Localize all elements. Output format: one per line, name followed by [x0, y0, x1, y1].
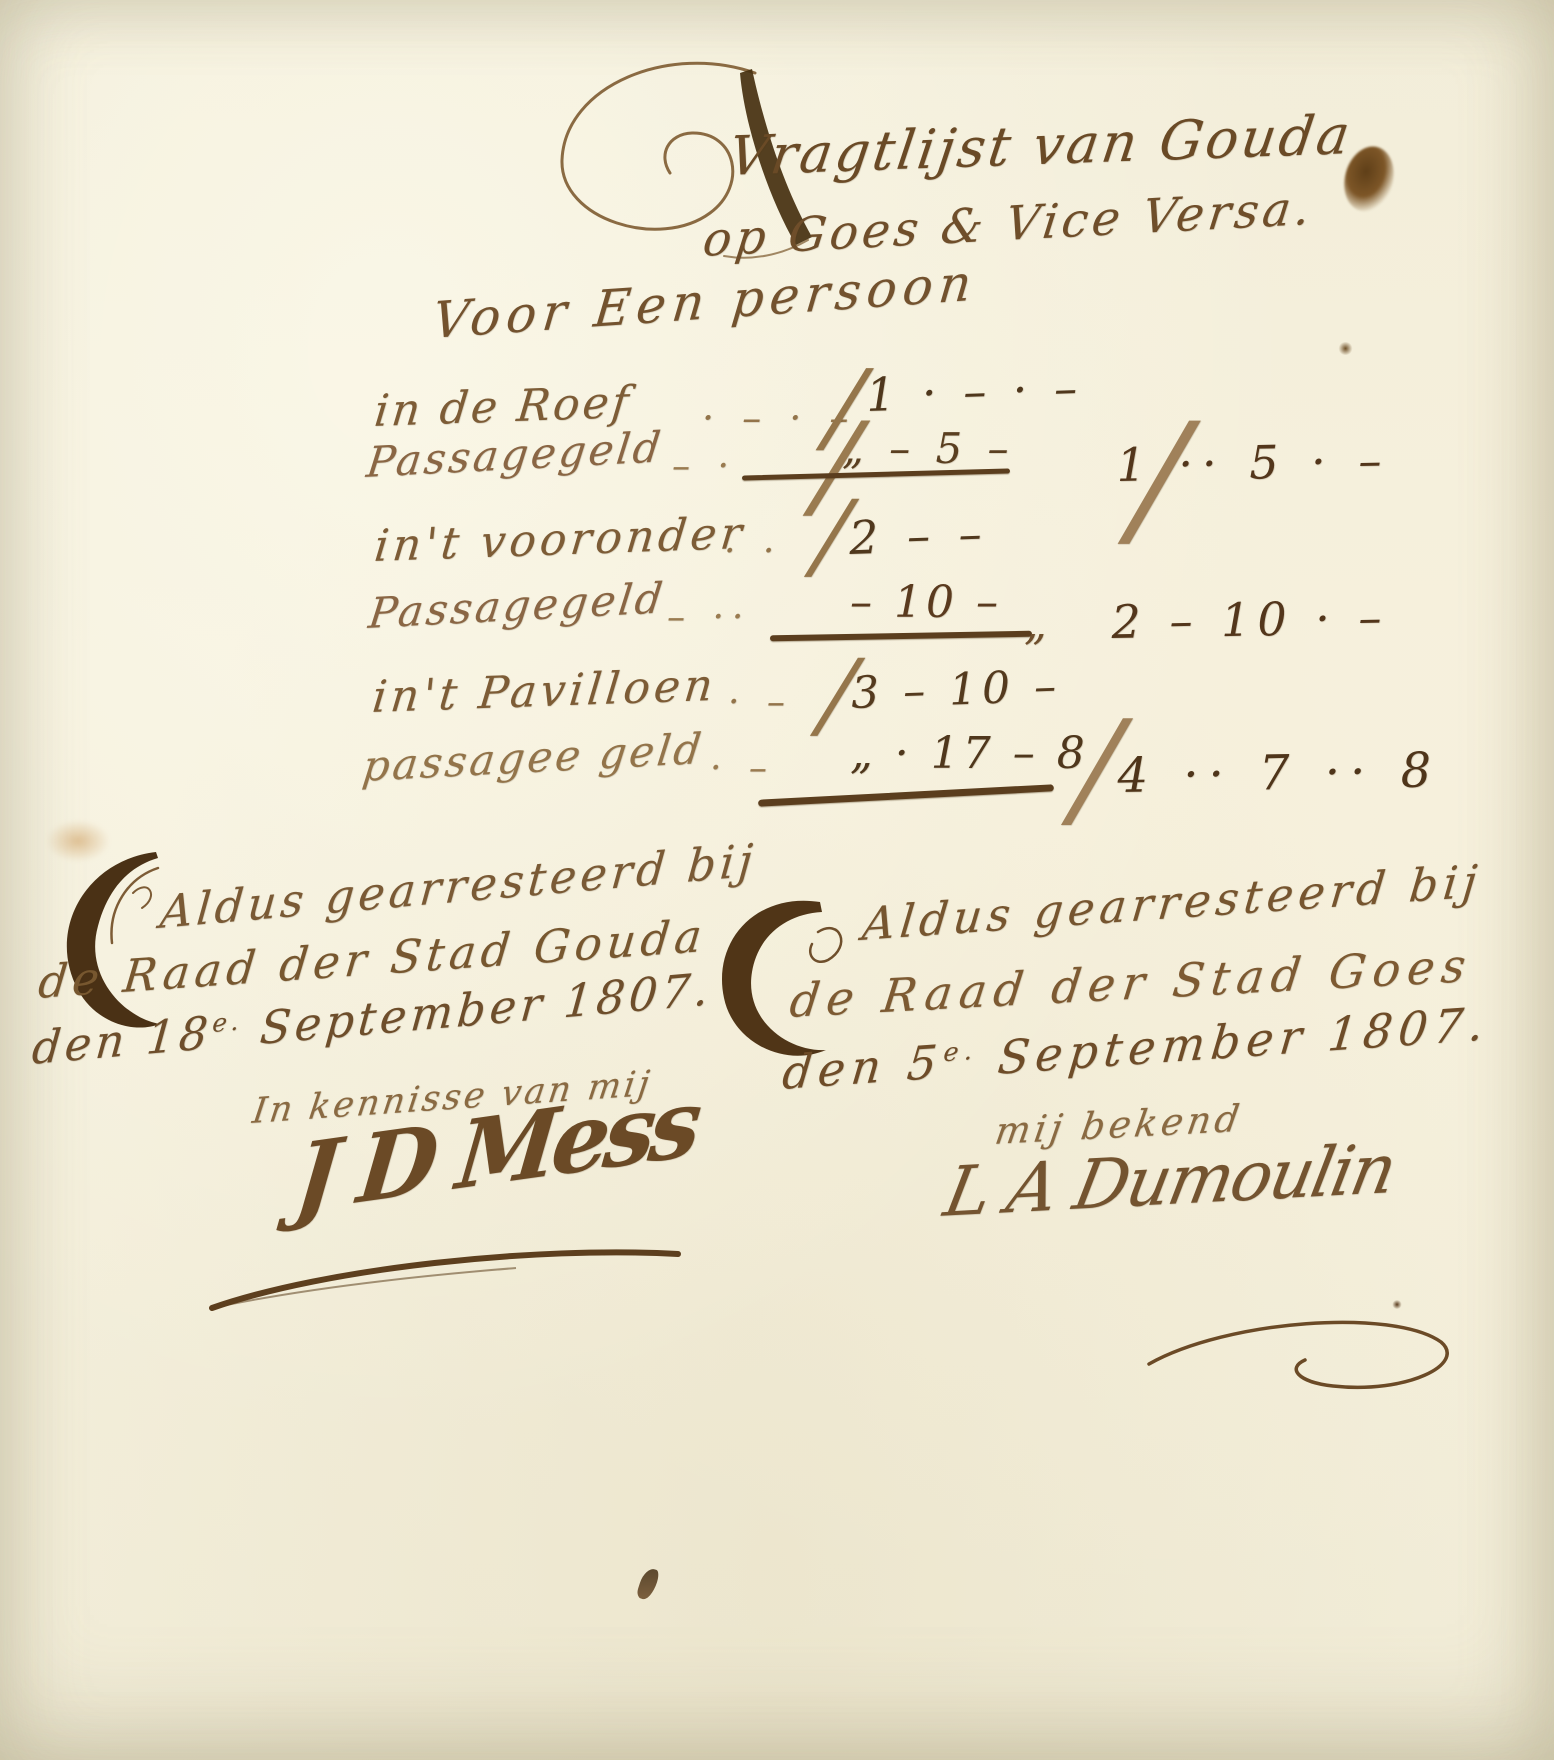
fare-amount: 2 – – [848, 506, 989, 565]
attestation-gouda: Aldus gearresteerd bij de Raad der Stad … [28, 838, 718, 1338]
date-superscript: e. [942, 1036, 980, 1068]
fare-total: 4 ·· 7 ·· 8 [1117, 742, 1442, 804]
attestation-line1: Aldus gearresteerd bij [860, 854, 1484, 951]
fare-sub-amount: – 10 – [850, 577, 1002, 628]
fare-row-vooronder: in't vooronder · · / 2 – – Passagegeld –… [372, 505, 1352, 660]
fare-dashes: · · [724, 531, 782, 572]
date-prefix: den 5 [780, 1034, 946, 1100]
fare-amount: 3 – 10 – [850, 661, 1062, 719]
fare-sub-dashes: · – [710, 748, 775, 789]
fare-sub-amount: „ · 17 – 8 [850, 728, 1089, 779]
fare-label: in't vooronder [372, 508, 748, 572]
signature-swoosh [206, 1240, 686, 1315]
attestation-goes: Aldus gearresteerd bij de Raad der Stad … [692, 862, 1512, 1502]
title-block: Vragtlijst van Gouda op Goes & Vice Vers… [540, 55, 1420, 305]
manuscript-page: Vragtlijst van Gouda op Goes & Vice Vers… [0, 0, 1554, 1760]
sum-line [770, 631, 1032, 642]
fare-dashes: · – [728, 682, 793, 723]
ditto-comma: „ [1024, 599, 1047, 650]
ink-mark [635, 1566, 660, 1601]
fare-sub-dashes: – ·· [667, 597, 751, 638]
fare-sub-amount: „ – 5 – [842, 424, 1015, 473]
fare-row-pavilloen: in't Pavilloen · – / 3 – 10 – passagee g… [370, 650, 1360, 815]
fare-total: 2 – 10 · – [1111, 590, 1389, 649]
fare-row-roef: in de Roef · – · – / 1 · – · – Passagege… [372, 362, 1352, 507]
fare-label: in't Pavilloen [370, 660, 719, 723]
fare-sub-label: passagee geld [360, 724, 707, 791]
fare-amount: 1 · – · – [865, 360, 1084, 422]
fare-sub-label: Passagegeld [366, 573, 668, 638]
signature-loop-flourish [1137, 1302, 1467, 1412]
fare-sub-dashes: – · [672, 446, 737, 487]
date-superscript: e. [211, 1006, 244, 1038]
sum-line [758, 784, 1054, 806]
separator-slash: / [1070, 692, 1124, 844]
ink-speck [1338, 342, 1353, 355]
fare-total: 1 ·· 5 · – [1116, 433, 1391, 492]
